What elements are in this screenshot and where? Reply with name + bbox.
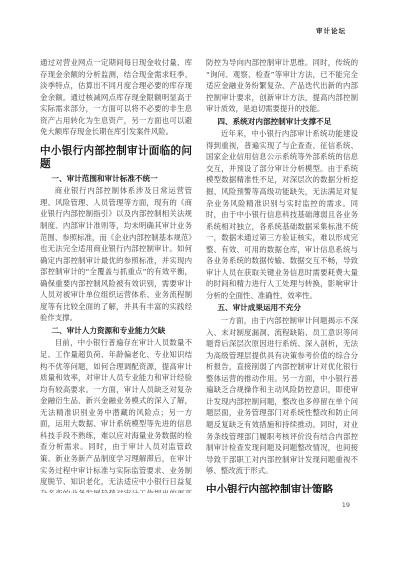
paragraph-intro-continued: 通过对营业网点一定期间每日现金收付量、库存现金余额的分析监测，结合现金需求旺季、… xyxy=(40,57,192,138)
paragraph-sub5: 一方面，由于内部控制审计问题揭示不深入、未对制度漏洞、流程缺陷、员工意识等问题背… xyxy=(206,315,358,477)
running-head: 审计论坛 xyxy=(316,26,346,35)
subsection-title-4: 四、系统对内部控制审计支撑不足 xyxy=(206,116,358,128)
subsection-title-5: 五、审计成果运用不充分 xyxy=(206,302,358,314)
paragraph-sub3-continued: 防控为导向内部控制审计思维。同时，传统的“询问、观察、检查”等审计方法，已不能完… xyxy=(206,57,358,115)
article-columns: 通过对营业网点一定期间每日现金收付量、库存现金余额的分析监测，结合现金需求旺季、… xyxy=(40,57,358,493)
paragraph-sub4: 近年来，中小银行内部审计系统功能建设得到重视，普遍实现了与企查查、征信系统、国家… xyxy=(206,128,358,301)
journal-page: 审计论坛 通过对营业网点一定期间每日现金收付量、库存现金余额的分析监测，结合现金… xyxy=(0,0,396,561)
right-column: 防控为导向内部控制审计思维。同时，传统的“询问、观察、检查”等审计方法，已不能完… xyxy=(206,57,358,493)
subsection-title-2: 二、审计人力资源和专业能力欠缺 xyxy=(40,325,192,337)
section-title-strategies: 中小银行内部控制审计策略 xyxy=(206,484,358,493)
section-title-problems: 中小银行内部控制审计面临的问题 xyxy=(40,145,192,171)
page-number: 19 xyxy=(342,501,350,509)
left-column: 通过对营业网点一定期间每日现金收付量、库存现金余额的分析监测，结合现金需求旺季、… xyxy=(40,57,192,493)
paragraph-sub1: 商业银行内部控制体系涉及日常运营管理、风险管理、人员管理等方面，现有的《商业银行… xyxy=(40,185,192,324)
subsection-title-1: 一、审计范围和审计标准不统一 xyxy=(40,173,192,185)
paragraph-sub2: 目前，中小银行普遍存在审计人员数量不足、工作量超负荷、年龄偏老化、专业知识结构不… xyxy=(40,337,192,493)
